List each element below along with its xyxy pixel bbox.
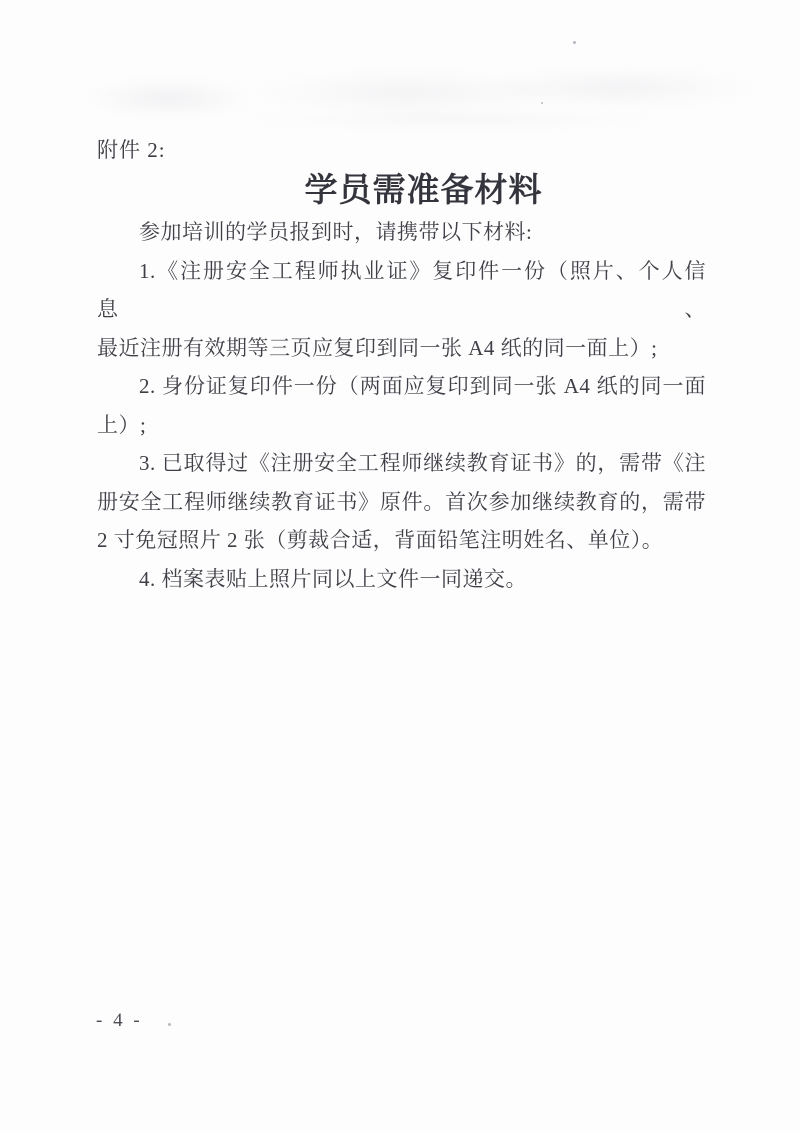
scan-speck: [168, 1023, 171, 1026]
page-number: - 4 -: [96, 1010, 143, 1032]
scan-speck: [573, 41, 576, 44]
item2-line1: 2. 身份证复印件一份（两面应复印到同一张 A4 纸的同一面: [97, 367, 706, 406]
item4-line: 4. 档案表贴上照片同以上文件一同递交。: [97, 560, 706, 599]
intro-line: 参加培训的学员报到时，请携带以下材料:: [97, 213, 706, 252]
item2-line2: 上）;: [97, 406, 706, 445]
scan-speck: [541, 102, 543, 104]
item3-line2: 册安全工程师继续教育证书》原件。首次参加继续教育的，需带: [97, 483, 706, 522]
document-body: 参加培训的学员报到时，请携带以下材料: 1.《注册安全工程师执业证》复印件一份（…: [97, 213, 706, 598]
item3-line3: 2 寸免冠照片 2 张（剪裁合适，背面铅笔注明姓名、单位）。: [97, 521, 706, 560]
attachment-label: 附件 2:: [97, 134, 166, 164]
item3-line1: 3. 已取得过《注册安全工程师继续教育证书》的，需带《注: [97, 444, 706, 483]
item1-line1: 1.《注册安全工程师执业证》复印件一份（照片、个人信息、: [97, 252, 706, 329]
document-title: 学员需准备材料: [97, 164, 706, 211]
document-page: 附件 2: 学员需准备材料 参加培训的学员报到时，请携带以下材料: 1.《注册安…: [0, 0, 800, 1131]
item1-line2: 最近注册有效期等三页应复印到同一张 A4 纸的同一面上）;: [97, 329, 706, 368]
scan-bleedthrough-artifact: [90, 35, 750, 140]
